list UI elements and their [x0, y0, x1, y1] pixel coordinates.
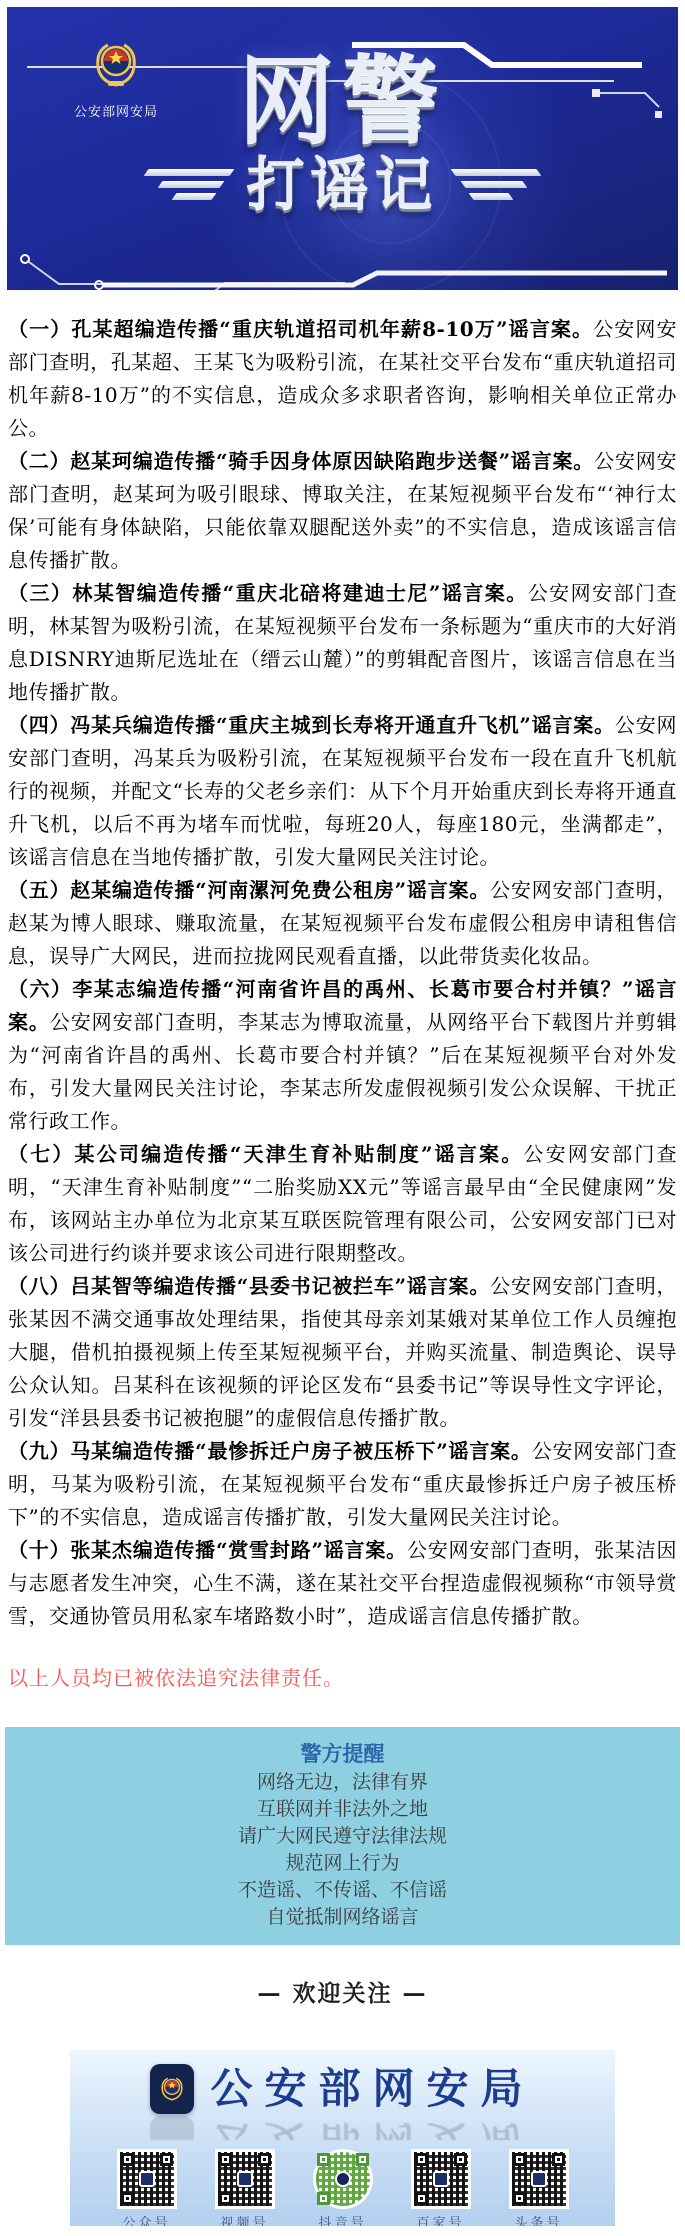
footer-police-emblem-icon [150, 2064, 194, 2114]
qr-label: 百家号 [414, 2212, 468, 2226]
reminder-line: 自觉抵制网络谣言 [11, 1904, 674, 1931]
footer-brand: 公安部网安局 [70, 2064, 615, 2116]
case-paragraph: （七）某公司编造传播“天津生育补贴制度”谣言案。公安网安部门查明，“天津生育补贴… [8, 1138, 677, 1270]
banner-title-sub: 打谣记 [246, 153, 438, 215]
wing-right-icon [453, 169, 539, 200]
qr-label: 抖音号 [316, 2212, 370, 2226]
qr-label: 头条号 [512, 2212, 566, 2226]
reminder-line: 网络无边，法律有界 [11, 1769, 674, 1796]
reminder-line: 规范网上行为 [11, 1850, 674, 1877]
case-paragraph: （六）李某志编造传播“河南省许昌的禹州、长葛市要合村并镇？”谣言案。公安网安部门… [8, 973, 677, 1138]
case-body: 公安网安部门查明，李某志为博取流量，从网络平台下载图片并剪辑为“河南省许昌的禹州… [8, 1010, 677, 1133]
banner-title-main: 网警 [7, 51, 678, 151]
wing-left-icon [146, 169, 232, 200]
reminder-line: 请广大网民遵守法律法规 [11, 1823, 674, 1850]
footer-brand-reflection: 公安部网安局 [70, 2116, 615, 2140]
page-root: 公安部网安局 网警 打谣记 （一）孔某超编造传播“重庆轨道招司机年薪8-10万”… [0, 7, 685, 2226]
case-paragraph: （十）张某杰编造传播“赏雪封路”谣言案。公安网安部门查明，张某洁因与志愿者发生冲… [8, 1534, 677, 1633]
qr-item: 抖音号 [316, 2152, 370, 2226]
reminder-lines: 网络无边，法律有界 互联网并非法外之地 请广大网民遵守法律法规 规范网上行为 不… [11, 1769, 674, 1931]
case-title: （四）冯某兵编造传播“重庆主城到长寿将开通直升飞机”谣言案。 [8, 713, 615, 737]
case-paragraph: （三）林某智编造传播“重庆北碚将建迪士尼”谣言案。公安网安部门查明，林某智为吸粉… [8, 577, 677, 709]
case-paragraph: （一）孔某超编造传播“重庆轨道招司机年薪8-10万”谣言案。公安网安部门查明，孔… [8, 313, 677, 445]
reminder-line: 互联网并非法外之地 [11, 1796, 674, 1823]
case-title: （九）马某编造传播“最惨拆迁户房子被压桥下”谣言案。 [8, 1439, 532, 1463]
qr-code-icon [414, 2152, 468, 2206]
header-banner: 公安部网安局 网警 打谣记 [7, 7, 678, 290]
qr-label: 公众号 [120, 2212, 174, 2226]
case-paragraph: （四）冯某兵编造传播“重庆主城到长寿将开通直升飞机”谣言案。公安网安部门查明，冯… [8, 709, 677, 874]
qr-item: 视频号 [218, 2152, 272, 2226]
case-list: （一）孔某超编造传播“重庆轨道招司机年薪8-10万”谣言案。公安网安部门查明，孔… [8, 313, 677, 1633]
case-paragraph: （五）赵某编造传播“河南漯河免费公租房”谣言案。公安网安部门查明，赵某为博人眼球… [8, 874, 677, 973]
qr-code-icon [316, 2152, 370, 2206]
banner-title: 网警 打谣记 [7, 51, 678, 215]
case-title: （二）赵某珂编造传播“骑手因身体原因缺陷跑步送餐”谣言案。 [8, 449, 594, 473]
case-title: （五）赵某编造传播“河南漯河免费公租房”谣言案。 [8, 878, 490, 902]
case-title: （三）林某智编造传播“重庆北碚将建迪士尼”谣言案。 [8, 581, 528, 605]
qr-code-icon [120, 2152, 174, 2206]
reminder-line: 不造谣、不传谣、不信谣 [11, 1877, 674, 1904]
case-paragraph: （九）马某编造传播“最惨拆迁户房子被压桥下”谣言案。公安网安部门查明，马某为吸粉… [8, 1435, 677, 1534]
qr-item: 头条号 [512, 2152, 566, 2226]
article-content: （一）孔某超编造传播“重庆轨道招司机年薪8-10万”谣言案。公安网安部门查明，孔… [0, 297, 685, 1693]
case-title: （七）某公司编造传播“天津生育补贴制度”谣言案。 [8, 1142, 523, 1166]
legal-note: 以上人员均已被依法追究法律责任。 [8, 1663, 677, 1693]
case-title: （八）吕某智等编造传播“县委书记被拦车”谣言案。 [8, 1274, 490, 1298]
footer-org-name: 公安部网安局 [210, 2064, 534, 2114]
case-paragraph: （二）赵某珂编造传播“骑手因身体原因缺陷跑步送餐”谣言案。公安网安部门查明，赵某… [8, 445, 677, 577]
qr-item: 百家号 [414, 2152, 468, 2226]
footer-banner: 公安部网安局 公安部网安局 公众号 视频号 [70, 2050, 615, 2226]
case-title: （十）张某杰编造传播“赏雪封路”谣言案。 [8, 1538, 407, 1562]
follow-heading: — 欢迎关注 — [0, 1975, 685, 2008]
case-title: （一）孔某超编造传播“重庆轨道招司机年薪8-10万”谣言案。 [8, 317, 593, 341]
qr-label: 视频号 [218, 2212, 272, 2226]
police-reminder-box: 警方提醒 网络无边，法律有界 互联网并非法外之地 请广大网民遵守法律法规 规范网… [5, 1727, 680, 1945]
qr-code-row: 公众号 视频号 抖音号 [70, 2152, 615, 2226]
qr-code-icon [512, 2152, 566, 2206]
reminder-title: 警方提醒 [11, 1739, 674, 1769]
case-paragraph: （八）吕某智等编造传播“县委书记被拦车”谣言案。公安网安部门查明，张某因不满交通… [8, 1270, 677, 1435]
qr-code-icon [218, 2152, 272, 2206]
qr-item: 公众号 [120, 2152, 174, 2226]
